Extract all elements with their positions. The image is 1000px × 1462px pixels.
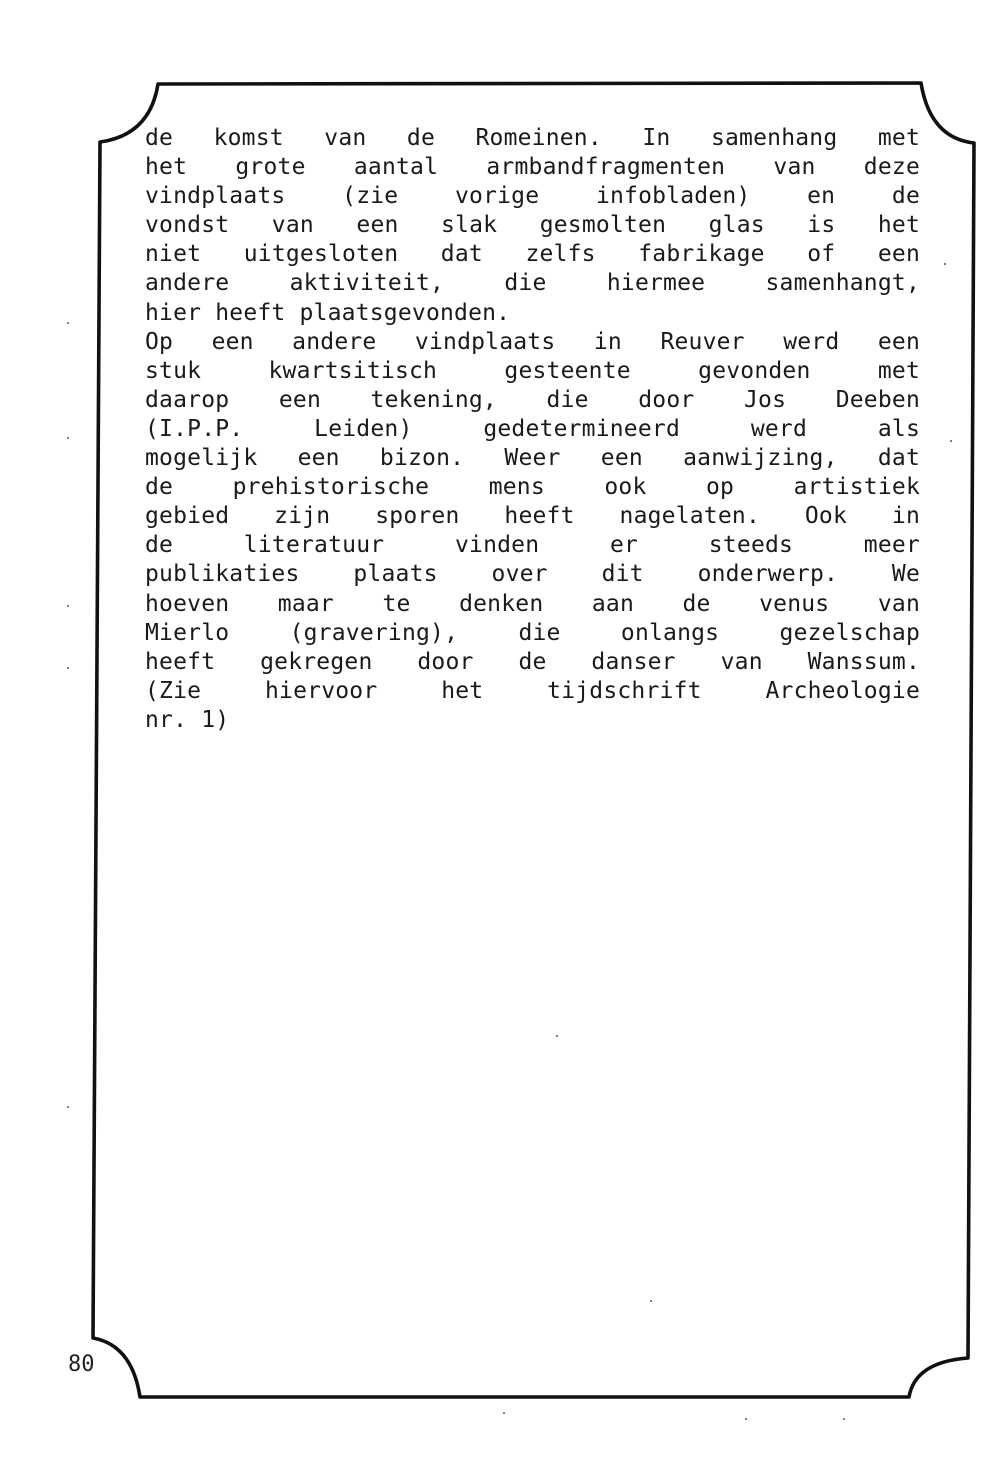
scan-speck [944, 263, 946, 265]
scan-speck [67, 322, 69, 324]
text-line: publikaties plaats over dit onderwerp. W… [145, 560, 920, 589]
text-line: andere aktiviteit, die hiermee samenhang… [145, 269, 920, 298]
scan-speck [650, 1300, 652, 1302]
text-line: daarop een tekening, die door Jos Deeben [145, 386, 920, 415]
text-line: de komst van de Romeinen. In samenhang m… [145, 124, 920, 153]
text-line: de prehistorische mens ook op artistiek [145, 473, 920, 502]
scan-speck [745, 1418, 747, 1420]
page-number: 80 [68, 1352, 95, 1377]
text-line: niet uitgesloten dat zelfs fabrikage of … [145, 240, 920, 269]
text-line: hier heeft plaatsgevonden. [145, 299, 920, 328]
text-line: vondst van een slak gesmolten glas is he… [145, 211, 920, 240]
scan-speck [950, 440, 952, 442]
text-line: heeft gekregen door de danser van Wanssu… [145, 648, 920, 677]
text-line: hoeven maar te denken aan de venus van [145, 590, 920, 619]
text-line: de literatuur vinden er steeds meer [145, 531, 920, 560]
text-line: vindplaats (zie vorige infobladen) en de [145, 182, 920, 211]
text-line: gebied zijn sporen heeft nagelaten. Ook … [145, 502, 920, 531]
scan-speck [67, 1106, 69, 1108]
text-line: Op een andere vindplaats in Reuver werd … [145, 328, 920, 357]
scan-speck [556, 1035, 558, 1037]
scan-speck [843, 1418, 845, 1420]
text-line: Mierlo (gravering), die onlangs gezelsch… [145, 619, 920, 648]
scan-speck [67, 605, 69, 607]
text-line: stuk kwartsitisch gesteente gevonden met [145, 357, 920, 386]
text-line: (I.P.P. Leiden) gedetermineerd werd als [145, 415, 920, 444]
text-line: (Zie hiervoor het tijdschrift Archeologi… [145, 677, 920, 706]
text-line: mogelijk een bizon. Weer een aanwijzing,… [145, 444, 920, 473]
text-line: nr. 1) [145, 706, 920, 735]
body-text: de komst van de Romeinen. In samenhang m… [145, 124, 920, 735]
scan-speck [67, 667, 69, 669]
scan-speck [67, 437, 69, 439]
scan-speck [503, 1412, 505, 1414]
text-line: het grote aantal armbandfragmenten van d… [145, 153, 920, 182]
